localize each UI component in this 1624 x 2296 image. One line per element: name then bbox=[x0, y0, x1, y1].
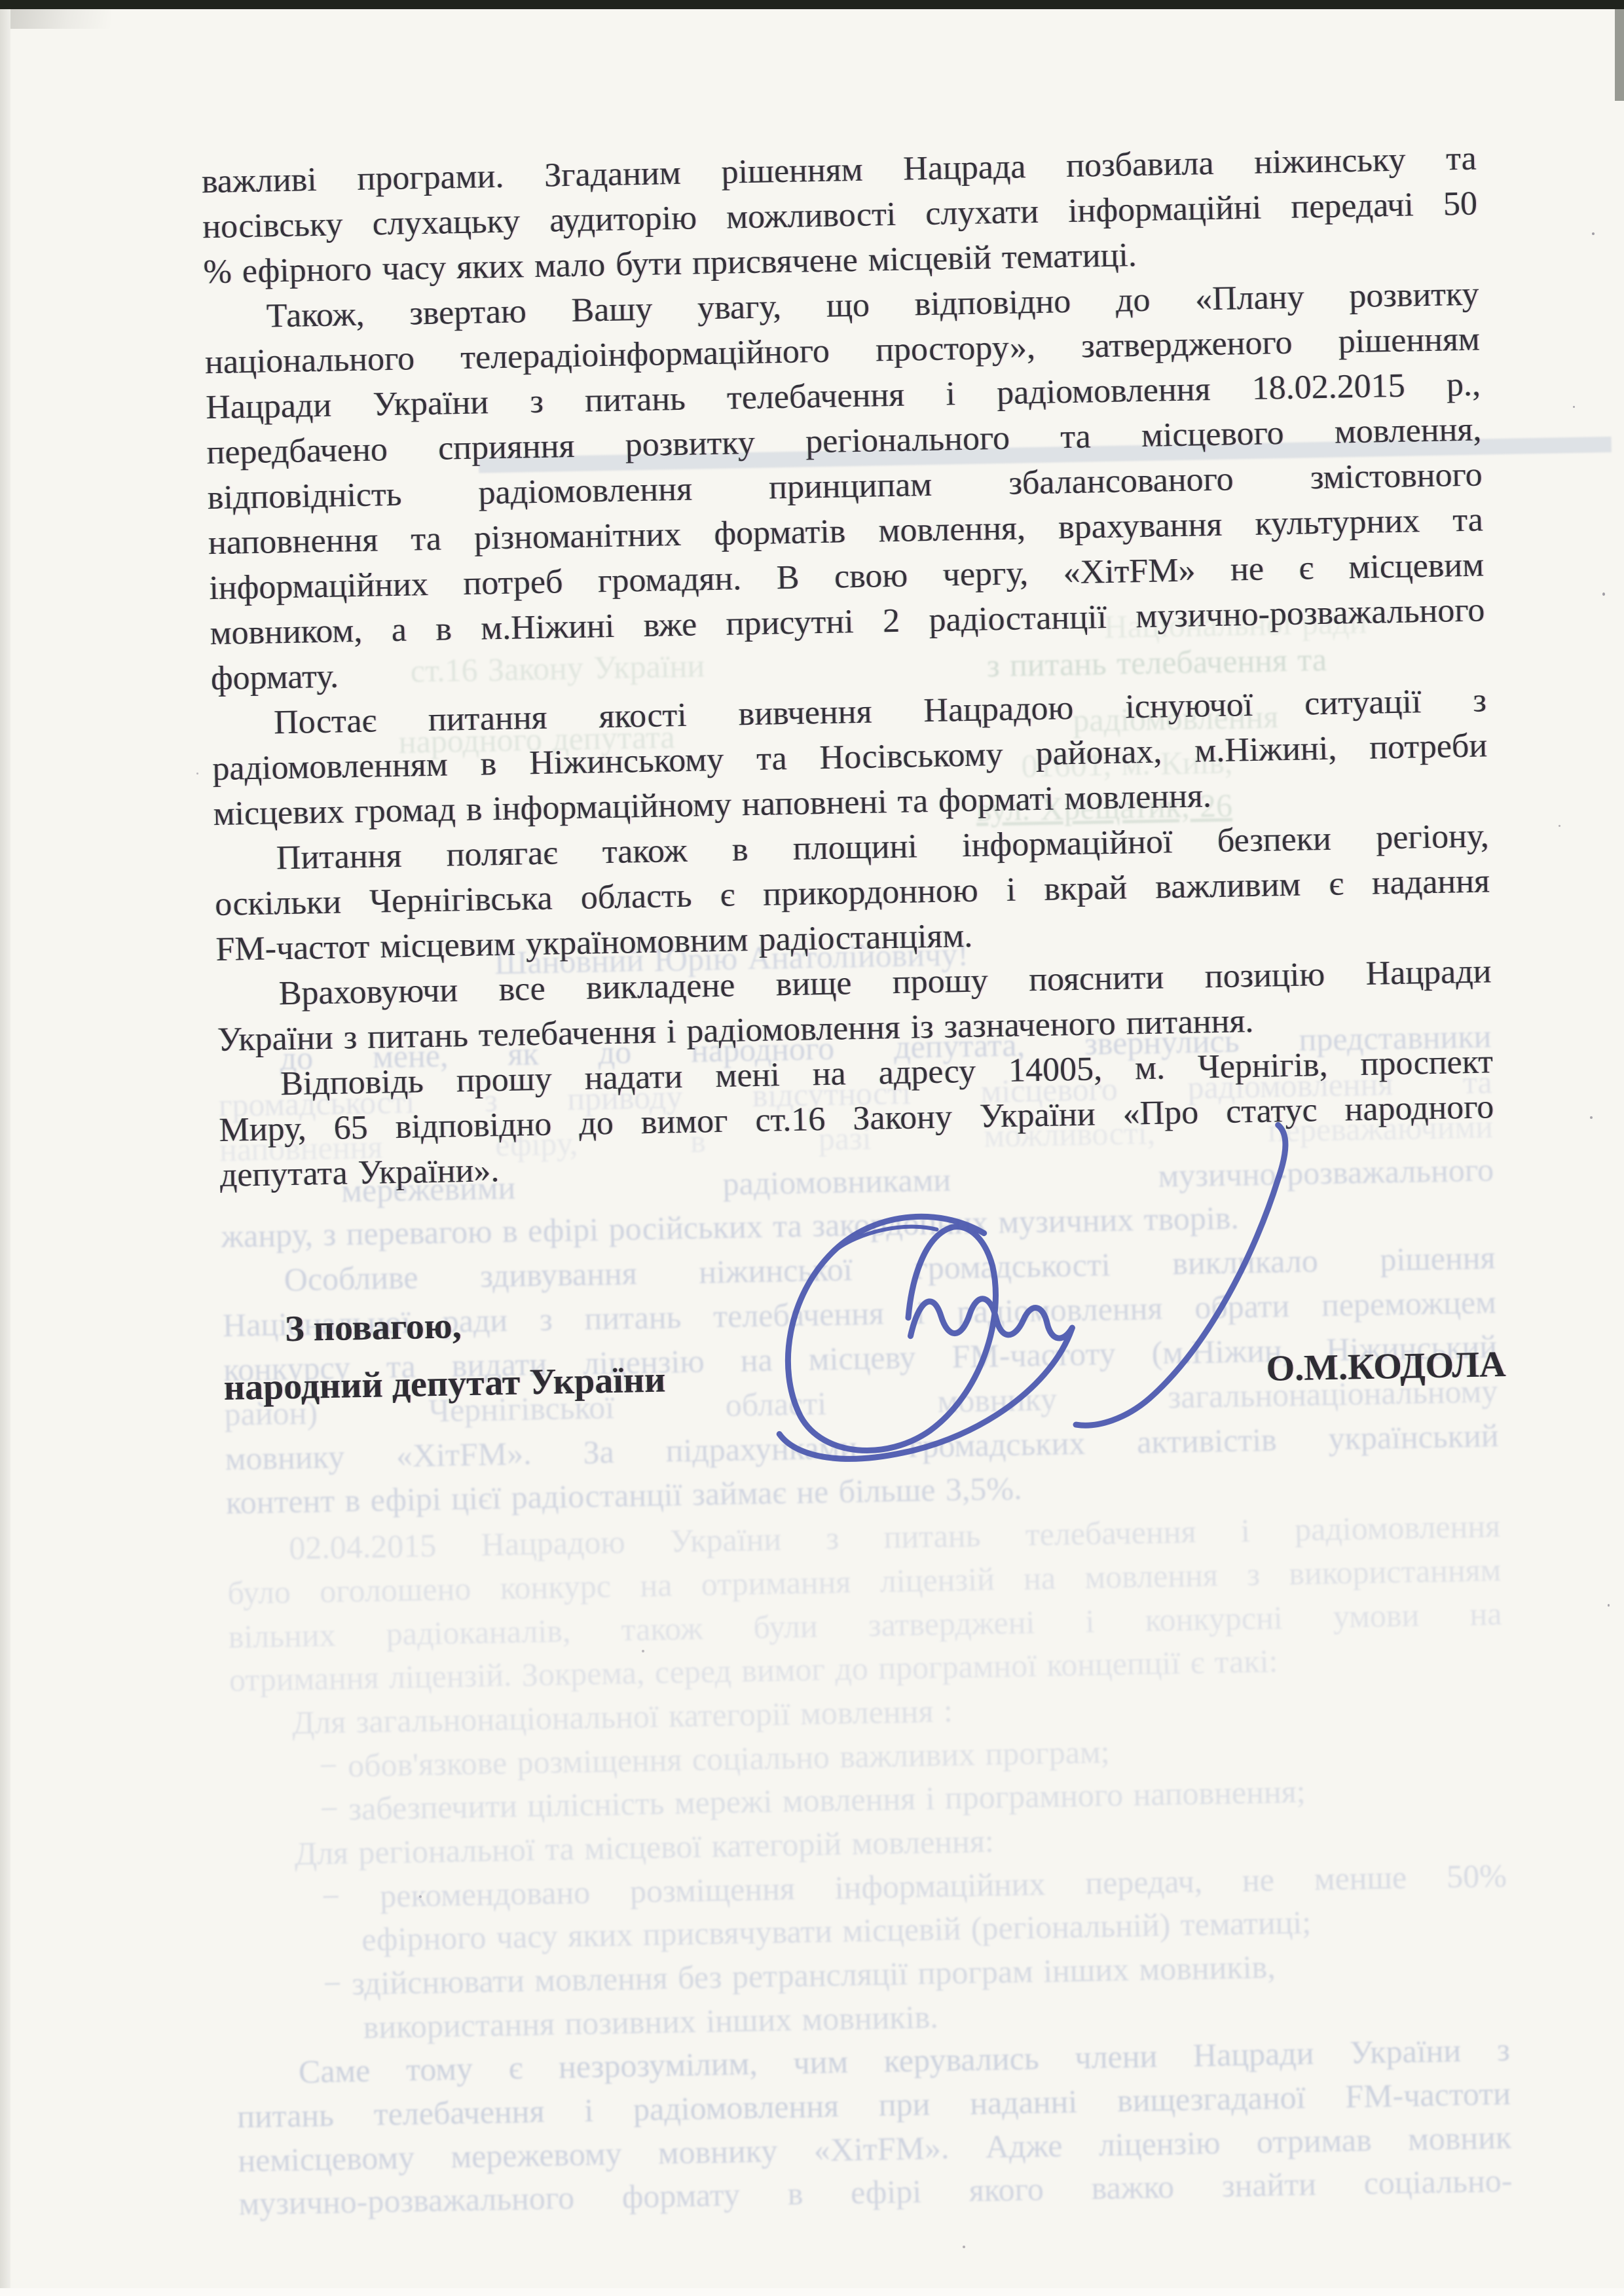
bleed-text-line: використання позивних інших мовників. bbox=[363, 1997, 938, 2048]
dust-speck bbox=[1592, 232, 1595, 235]
scan-left-edge bbox=[0, 9, 10, 2296]
dust-speck bbox=[1559, 825, 1560, 827]
closing-salutation: З повагою, bbox=[285, 1305, 462, 1350]
dust-speck bbox=[1608, 1604, 1610, 1607]
dust-speck bbox=[196, 773, 198, 774]
signer-role: народний депутат України bbox=[223, 1359, 666, 1409]
bleed-text-line: Для загальнонаціональної категорії мовле… bbox=[292, 1691, 953, 1743]
signer-name: О.М.КОДОЛА bbox=[1266, 1343, 1506, 1390]
dust-speck bbox=[963, 2246, 965, 2248]
document-scan-page: Національної радиз питань телебачення та… bbox=[0, 0, 1624, 2296]
dust-speck bbox=[1590, 1116, 1593, 1119]
scan-right-edge bbox=[1615, 9, 1624, 101]
letter-body: важливі програми. Згаданим рішенням Нацр… bbox=[0, 134, 1624, 1202]
scan-top-left-corner bbox=[0, 9, 111, 29]
dust-speck bbox=[1573, 406, 1575, 408]
dust-speck bbox=[1602, 592, 1605, 596]
scan-bottom-edge bbox=[0, 2288, 1624, 2296]
scan-top-edge bbox=[0, 0, 1624, 9]
dust-speck bbox=[642, 1650, 644, 1652]
dust-speck bbox=[419, 1895, 422, 1898]
page-content: Національної радиз питань телебачення та… bbox=[0, 0, 1624, 2296]
